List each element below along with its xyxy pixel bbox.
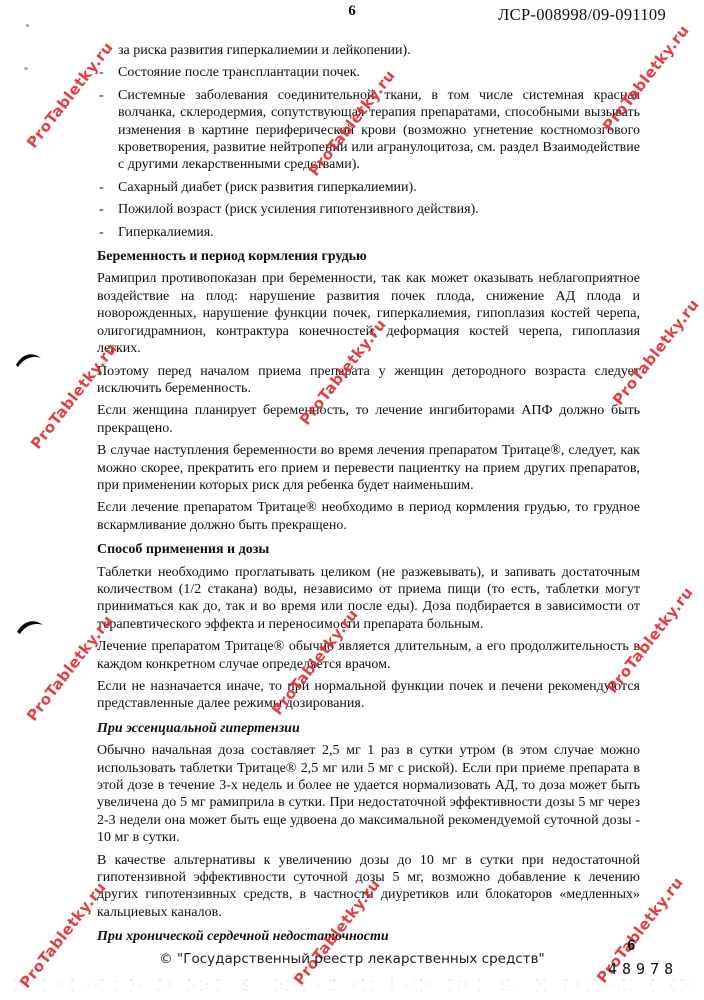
list-item: - Пожилой возраст (риск усиления гипотен… [97,201,640,218]
paragraph: Обычно начальная доза составляет 2,5 мг … [97,742,640,846]
list-item-text: Сахарный диабет (риск развития гиперкали… [118,180,417,195]
footer-page-number: 6 [627,938,635,954]
list-dash: - [99,201,104,218]
list-dash: - [99,87,104,104]
list-item: - Гиперкалиемия. [97,224,640,241]
list-item: - Сахарный диабет (риск развития гиперка… [97,179,640,196]
list-item-text: Состояние после трансплантации почек. [118,65,360,80]
list-item-text: Гиперкалиемия. [118,225,214,240]
subsection-heading-hypertension: При эссенциальной гипертензии [97,720,640,737]
registration-number: ЛСР-008998/09-091109 [498,5,666,25]
paragraph: Если женщина планирует беременность, то … [97,402,640,437]
subsection-heading-heart-failure: При хронической сердечной недостаточност… [97,928,640,945]
section-heading-dosage: Способ применения и дозы [97,541,640,558]
list-item-text: Пожилой возраст (риск усиления гипотензи… [118,202,479,217]
section-heading-pregnancy: Беременность и период кормления грудью [97,248,640,265]
footer-document-number: 48978 [608,960,678,978]
paragraph: В случае наступления беременности во вре… [97,442,640,494]
dust-speck [26,24,29,27]
footer-copyright: © "Государственный реестр лекарственных … [0,951,704,967]
paragraph: Если лечение препаратом Тритаце® необход… [97,499,640,534]
paragraph: Таблетки необходимо проглатывать целиком… [97,564,640,634]
document-page: 6 ЛСР-008998/09-091109 за риска развития… [0,0,704,1000]
dust-speck [24,67,28,70]
scan-noise-strip [12,977,692,991]
list-dash: - [99,179,104,196]
ink-mark [16,617,44,637]
list-dash: - [99,224,104,241]
paragraph: Лечение препаратом Тритаце® обычно являе… [97,638,640,673]
document-body: за риска развития гиперкалиемии и лейкоп… [97,42,640,951]
ink-mark [15,351,43,371]
watermark: ProTabletky.ru [16,878,110,991]
list-item: - Состояние после трансплантации почек. [97,64,640,81]
paragraph: Поэтому перед началом приема препарата у… [97,363,640,398]
paragraph: Если не назначается иначе, то при нормал… [97,678,640,713]
list-continuation-text: за риска развития гиперкалиемии и лейкоп… [118,42,640,59]
